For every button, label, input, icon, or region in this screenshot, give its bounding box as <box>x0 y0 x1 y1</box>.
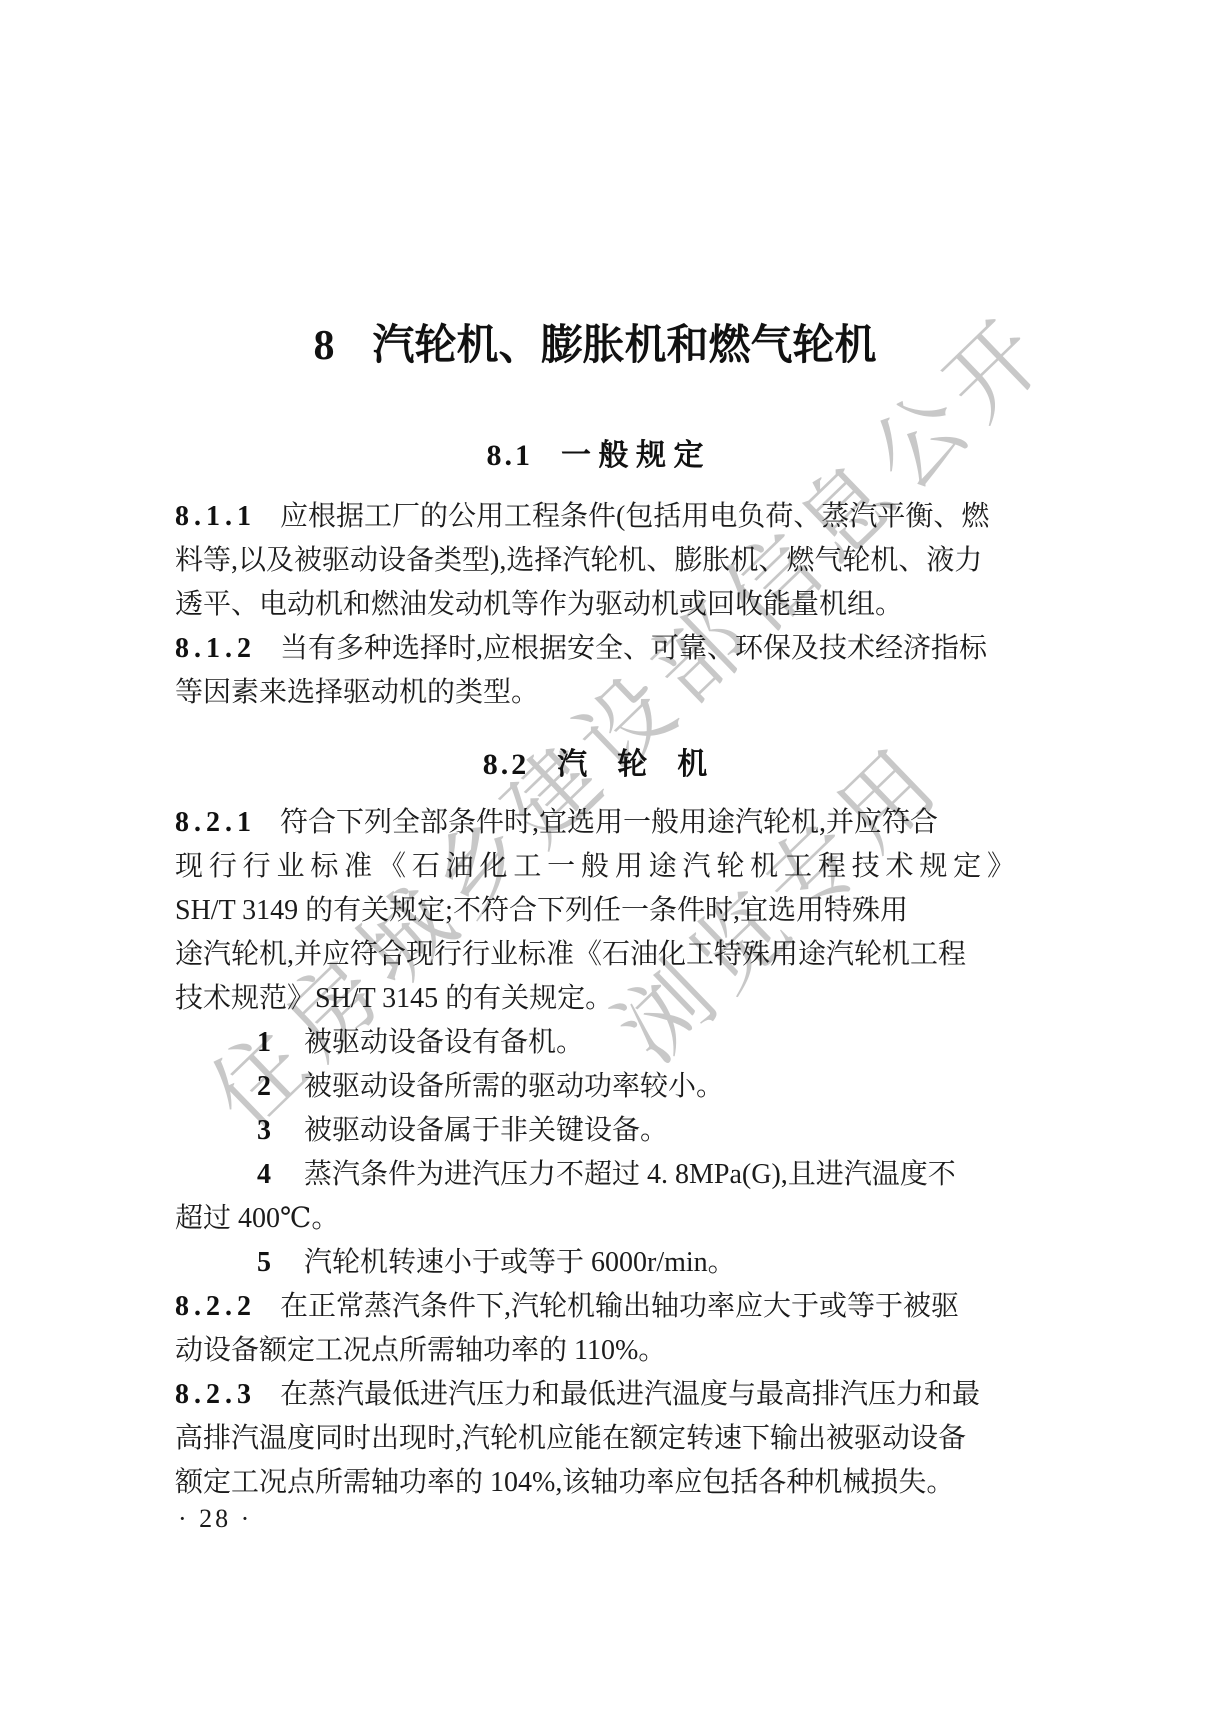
list-item: 4蒸汽条件为进汽压力不超过 4. 8MPa(G),且进汽温度不 <box>175 1153 1015 1197</box>
section-number: 8.2 <box>483 748 530 781</box>
list-item: 2被驱动设备所需的驱动功率较小。 <box>175 1065 1015 1109</box>
line-text: 符合下列全部条件时,宜选用一般用途汽轮机,并应符合 <box>280 807 938 838</box>
line-text: 在正常蒸汽条件下,汽轮机输出轴功率应大于或等于被驱 <box>280 1291 959 1322</box>
line-text: 应根据工厂的公用工程条件(包括用电负荷、蒸汽平衡、燃 <box>280 501 989 532</box>
list-item: 1被驱动设备设有备机。 <box>175 1021 1015 1065</box>
line-text: 在蒸汽最低进汽压力和最低进汽温度与最高排汽压力和最 <box>280 1379 980 1410</box>
text-line: SH/T 3149 的有关规定;不符合下列任一条件时,宜选用特殊用 <box>175 889 1015 933</box>
clause-number: 8.1.2 <box>175 633 256 664</box>
section-title: 汽 轮 机 <box>557 748 707 781</box>
text-line: 8.1.1应根据工厂的公用工程条件(包括用电负荷、蒸汽平衡、燃 <box>175 495 1015 539</box>
text-line: 透平、电动机和燃油发动机等作为驱动机或回收能量机组。 <box>175 583 1015 627</box>
line-text: 被驱动设备所需的驱动功率较小。 <box>304 1071 724 1102</box>
section-heading-8-1: 8.1一 般 规 定 <box>175 430 1015 474</box>
text-line: 8.2.1符合下列全部条件时,宜选用一般用途汽轮机,并应符合 <box>175 801 1015 845</box>
line-text: SH/T 3149 的有关规定;不符合下列任一条件时,宜选用特殊用 <box>175 895 908 926</box>
line-text: 被驱动设备设有备机。 <box>304 1027 584 1058</box>
item-number: 1 <box>257 1027 272 1058</box>
text-line: 高排汽温度同时出现时,汽轮机应能在额定转速下输出被驱动设备 <box>175 1417 1015 1461</box>
chapter-number: 8 <box>313 323 334 369</box>
line-text: 途汽轮机,并应符合现行行业标准《石油化工特殊用途汽轮机工程 <box>175 939 966 970</box>
line-text: 当有多种选择时,应根据安全、可靠、环保及技术经济指标 <box>280 633 987 664</box>
section-title: 一 般 规 定 <box>561 439 704 472</box>
clause-number: 8.1.1 <box>175 501 256 532</box>
list-item: 3被驱动设备属于非关键设备。 <box>175 1109 1015 1153</box>
item-number: 4 <box>257 1159 272 1190</box>
text-line: 8.1.2当有多种选择时,应根据安全、可靠、环保及技术经济指标 <box>175 627 1015 671</box>
text-line: 现行行业标准《石油化工一般用途汽轮机工程技术规定》 <box>175 845 1015 889</box>
line-text: 等因素来选择驱动机的类型。 <box>175 677 539 708</box>
line-text: 被驱动设备属于非关键设备。 <box>304 1115 668 1146</box>
line-text: 透平、电动机和燃油发动机等作为驱动机或回收能量机组。 <box>175 589 903 620</box>
line-text: 料等,以及被驱动设备类型),选择汽轮机、膨胀机、燃气轮机、液力 <box>175 545 982 576</box>
line-text: 技术规范》SH/T 3145 的有关规定。 <box>175 983 613 1014</box>
list-item: 5汽轮机转速小于或等于 6000r/min。 <box>175 1241 1015 1285</box>
text-line: 技术规范》SH/T 3145 的有关规定。 <box>175 977 1015 1021</box>
clause-number: 8.2.3 <box>175 1379 256 1410</box>
text-line: 途汽轮机,并应符合现行行业标准《石油化工特殊用途汽轮机工程 <box>175 933 1015 977</box>
text-line: 动设备额定工况点所需轴功率的 110%。 <box>175 1329 1015 1373</box>
text-line: 8.2.3在蒸汽最低进汽压力和最低进汽温度与最高排汽压力和最 <box>175 1373 1015 1417</box>
text-line: 额定工况点所需轴功率的 104%,该轴功率应包括各种机械损失。 <box>175 1461 1015 1505</box>
paragraph-block-2: 8.2.1符合下列全部条件时,宜选用一般用途汽轮机,并应符合 现行行业标准《石油… <box>175 801 1015 1505</box>
section-number: 8.1 <box>487 439 534 472</box>
line-text: 动设备额定工况点所需轴功率的 110%。 <box>175 1335 666 1366</box>
line-text: 现行行业标准《石油化工一般用途汽轮机工程技术规定》 <box>175 851 1015 882</box>
clause-number: 8.2.2 <box>175 1291 256 1322</box>
chapter-title: 8汽轮机、膨胀机和燃气轮机 <box>175 312 1015 372</box>
chapter-title-text: 汽轮机、膨胀机和燃气轮机 <box>372 323 876 369</box>
line-text: 额定工况点所需轴功率的 104%,该轴功率应包括各种机械损失。 <box>175 1467 954 1498</box>
text-line: 料等,以及被驱动设备类型),选择汽轮机、膨胀机、燃气轮机、液力 <box>175 539 1015 583</box>
document-page: 住房城乡建设部信息公开 浏览专用 8汽轮机、膨胀机和燃气轮机 8.1一 般 规 … <box>0 0 1208 1732</box>
clause-number: 8.2.1 <box>175 807 256 838</box>
item-number: 2 <box>257 1071 272 1102</box>
section-heading-8-2: 8.2汽 轮 机 <box>175 739 1015 783</box>
text-line: 8.2.2在正常蒸汽条件下,汽轮机输出轴功率应大于或等于被驱 <box>175 1285 1015 1329</box>
text-line: 超过 400℃。 <box>175 1197 1015 1241</box>
line-text: 蒸汽条件为进汽压力不超过 4. 8MPa(G),且进汽温度不 <box>304 1159 956 1190</box>
line-text: 汽轮机转速小于或等于 6000r/min。 <box>304 1247 736 1278</box>
paragraph-block-1: 8.1.1应根据工厂的公用工程条件(包括用电负荷、蒸汽平衡、燃 料等,以及被驱动… <box>175 495 1015 715</box>
line-text: 高排汽温度同时出现时,汽轮机应能在额定转速下输出被驱动设备 <box>175 1423 966 1454</box>
item-number: 3 <box>257 1115 272 1146</box>
line-text: 超过 400℃。 <box>175 1203 339 1234</box>
text-line: 等因素来选择驱动机的类型。 <box>175 671 1015 715</box>
page-number: · 28 · <box>178 1504 252 1534</box>
item-number: 5 <box>257 1247 272 1278</box>
